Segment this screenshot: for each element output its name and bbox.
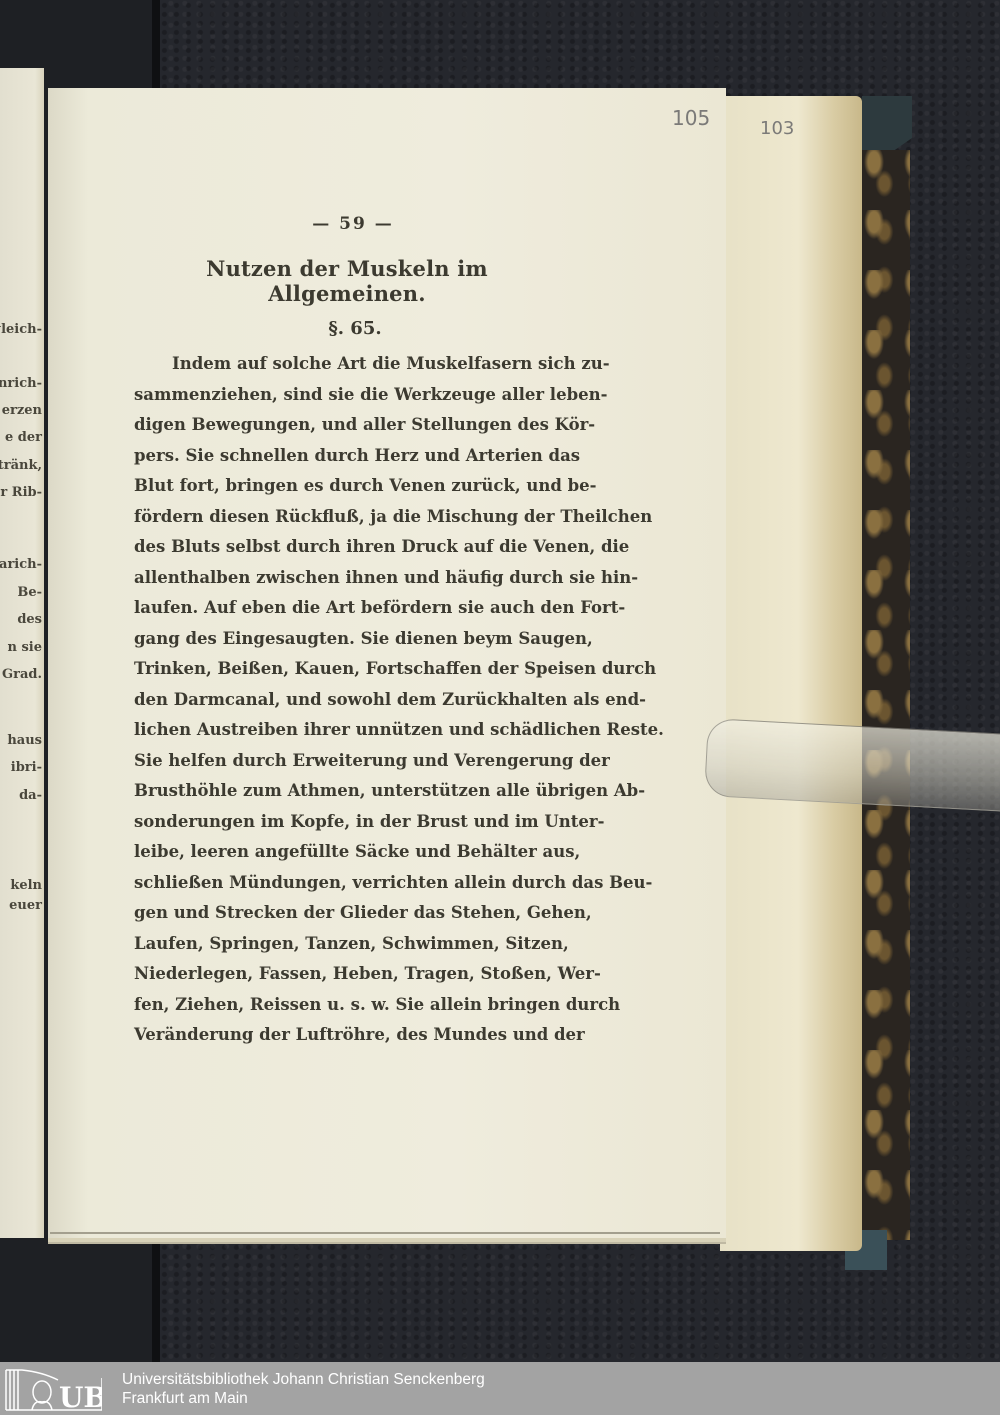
text-line: Trinken, Beißen, Kauen, Fortschaffen der…	[134, 654, 560, 685]
left-page-fragment: ibri-	[11, 760, 42, 775]
institution-city: Frankfurt am Main	[122, 1389, 485, 1408]
chapter-title: Nutzen der Muskeln im Allgemeinen.	[134, 256, 560, 306]
text-line: lichen Austreiben ihrer unnützen und sch…	[134, 715, 560, 746]
footer-bar: UB Universitätsbibliothek Johann Christi…	[0, 1362, 1000, 1415]
section-number: §. 65.	[150, 318, 560, 339]
text-line: Indem auf solche Art die Muskelfasern si…	[134, 349, 560, 380]
text-line: Veränderung der Luftröhre, des Mundes un…	[134, 1020, 560, 1051]
left-page-fragment: Be-	[17, 585, 42, 600]
text-line: sonderungen im Kopfe, in der Brust und i…	[134, 807, 560, 838]
marbled-edge	[862, 150, 910, 1240]
left-page-fragment: nrich-	[0, 376, 42, 391]
text-line: Brusthöhle zum Athmen, unterstützen alle…	[134, 776, 560, 807]
text-line: Laufen, Springen, Tanzen, Schwimmen, Sit…	[134, 929, 560, 960]
text-line: leibe, leeren angefüllte Säcke und Behäl…	[134, 837, 560, 868]
left-page-fragment: keln	[10, 878, 42, 893]
left-page-fragment: n sie	[7, 640, 42, 655]
left-page-fragment: euer	[9, 898, 42, 913]
body-text: Indem auf solche Art die Muskelfasern si…	[134, 349, 560, 1051]
page-number: — 59 —	[146, 214, 560, 234]
left-page-fragment: arich-	[0, 557, 42, 572]
left-page: gleich-nrich-erzene dertränk,r Rib-arich…	[0, 68, 44, 1238]
page-text: — 59 — Nutzen der Muskeln im Allgemeinen…	[134, 214, 560, 1051]
text-line: allenthalben zwischen ihnen und häufig d…	[134, 563, 560, 594]
text-line: pers. Sie schnellen durch Herz und Arter…	[134, 441, 560, 472]
text-line: gang des Eingesaugten. Sie dienen beym S…	[134, 624, 560, 655]
pencil-mark-stack: 103	[760, 118, 794, 139]
left-page-fragment: des	[17, 612, 42, 627]
text-line: sammenziehen, sind sie die Werkzeuge all…	[134, 380, 560, 411]
text-line: Niederlegen, Fassen, Heben, Tragen, Stoß…	[134, 959, 560, 990]
svg-text:UB: UB	[59, 1381, 102, 1412]
text-line: Sie helfen durch Erweiterung und Verenge…	[134, 746, 560, 777]
text-line: digen Bewegungen, und aller Stellungen d…	[134, 410, 560, 441]
text-line: schließen Mündungen, verrichten allein d…	[134, 868, 560, 899]
left-page-fragment: Grad.	[2, 667, 42, 682]
page-stack	[720, 96, 862, 1251]
pencil-mark-page: 105	[672, 106, 710, 130]
left-page-fragment: r Rib-	[0, 485, 42, 500]
text-line: den Darmcanal, und sowohl dem Zurückhalt…	[134, 685, 560, 716]
left-page-fragment: e der	[5, 430, 42, 445]
text-line: fen, Ziehen, Reissen u. s. w. Sie allein…	[134, 990, 560, 1021]
left-page-fragment: erzen	[2, 403, 42, 418]
left-page-fragment: da-	[19, 788, 42, 803]
text-line: laufen. Auf eben die Art befördern sie a…	[134, 593, 560, 624]
footer-text: Universitätsbibliothek Johann Christian …	[122, 1370, 485, 1408]
plastic-bookmark-clip	[704, 718, 1000, 812]
text-line: des Bluts selbst durch ihren Druck auf d…	[134, 532, 560, 563]
page-edge	[50, 1232, 720, 1234]
text-line: Blut fort, bringen es durch Venen zurück…	[134, 471, 560, 502]
left-page-fragment: tränk,	[0, 458, 42, 473]
left-page-fragment: haus	[7, 733, 42, 748]
text-line: fördern diesen Rückfluß, ja die Mischung…	[134, 502, 560, 533]
text-line: gen und Strecken der Glieder das Stehen,…	[134, 898, 560, 929]
institution-name: Universitätsbibliothek Johann Christian …	[122, 1370, 485, 1389]
left-page-fragment: gleich-	[0, 322, 42, 337]
ub-logo-icon: UB	[2, 1366, 102, 1412]
